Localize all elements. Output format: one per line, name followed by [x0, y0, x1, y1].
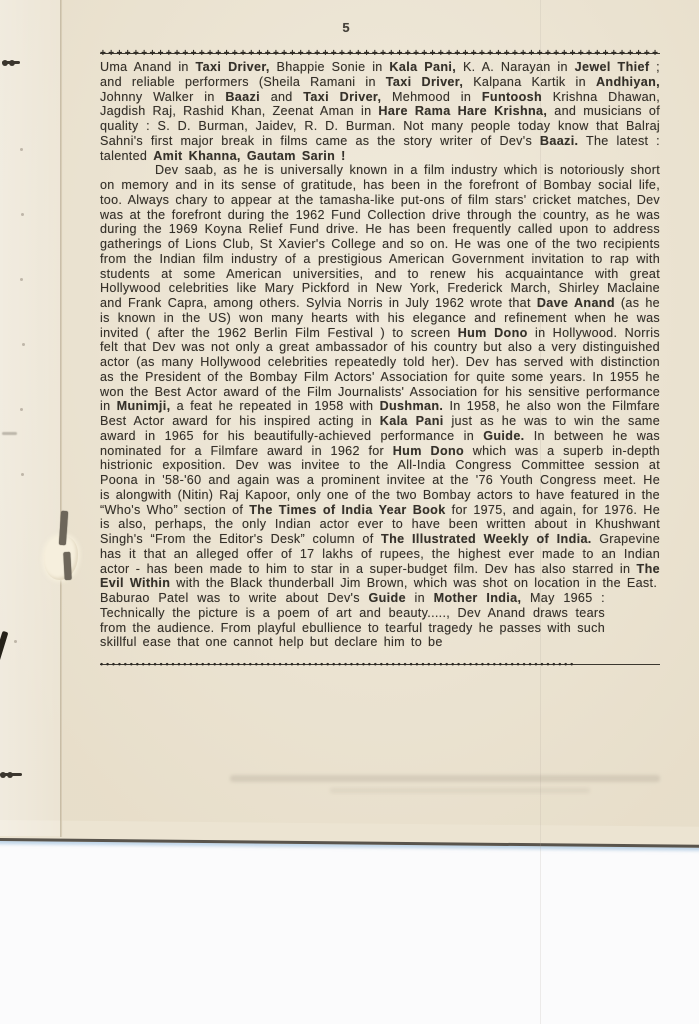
spine-margin — [0, 0, 60, 836]
paragraph-3-quote: Baburao Patel was to write about Dev's G… — [100, 591, 605, 650]
margin-dot — [21, 473, 24, 476]
margin-dot — [20, 148, 23, 151]
ink-showthrough-smudge — [230, 775, 660, 782]
margin-arrow-mark-bottom — [0, 773, 22, 776]
staple-mark-bottom — [63, 552, 71, 580]
decorative-rule-bottom: ••••••••••••••••••••••••••••••••••••••••… — [100, 658, 660, 671]
margin-dot — [20, 408, 23, 411]
paragraph-1: Uma Anand in Taxi Driver, Bhappie Sonie … — [100, 60, 660, 163]
margin-arrow-mark-top — [2, 61, 20, 64]
rule-top-pattern: ++++++++++++++++++++++++++++++++++++++++… — [100, 48, 660, 59]
spine-crease-line — [60, 0, 63, 837]
margin-dot — [20, 278, 23, 281]
page-number: 5 — [66, 20, 626, 35]
rule-bottom-pattern: ••••••••••••••••••••••••••••••••••••••••… — [100, 659, 576, 669]
paragraph-2: Dev saab, as he is universally known in … — [100, 163, 660, 591]
margin-faint-dash — [2, 432, 17, 435]
ink-showthrough-smudge — [330, 788, 590, 793]
margin-dot — [21, 213, 24, 216]
text-column: 5 ++++++++++++++++++++++++++++++++++++++… — [100, 0, 660, 671]
margin-dot — [22, 343, 25, 346]
scanned-page: 5 ++++++++++++++++++++++++++++++++++++++… — [0, 0, 699, 1024]
margin-dot — [14, 640, 17, 643]
decorative-rule-top: ++++++++++++++++++++++++++++++++++++++++… — [100, 47, 660, 60]
